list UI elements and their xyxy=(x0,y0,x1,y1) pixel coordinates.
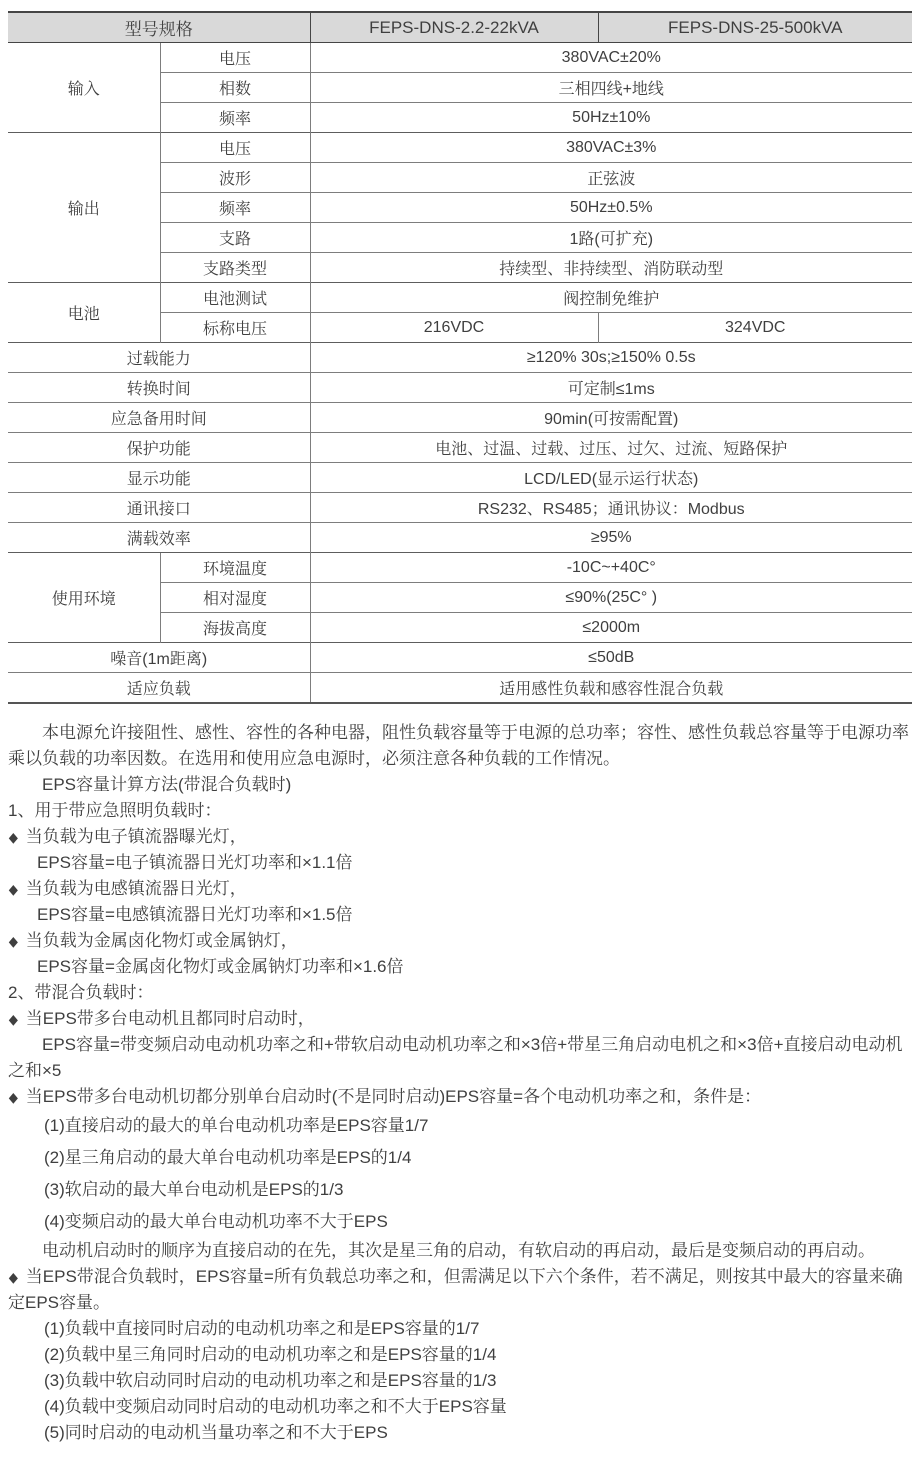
param-label: 环境温度 xyxy=(160,553,310,583)
table-header-row: 型号规格 FEPS-DNS-2.2-22kVA FEPS-DNS-25-500k… xyxy=(8,12,912,43)
table-row: 过载能力 ≥120% 30s;≥150% 0.5s xyxy=(8,343,912,373)
condition-item: (2)负载中星三角同时启动的电动机功率之和是EPS容量的1/4 xyxy=(8,1342,912,1368)
spec-value: 电池、过温、过载、过压、过欠、过流、短路保护 xyxy=(310,433,912,463)
bullet-formula: EPS容量=电子镇流器日光灯功率和×1.1倍 xyxy=(8,850,912,876)
param-label: 电压 xyxy=(160,43,310,73)
group-label-battery: 电池 xyxy=(8,283,160,343)
row-label: 适应负载 xyxy=(8,673,310,704)
spec-value: 50Hz±10% xyxy=(310,103,912,133)
spec-table: 型号规格 FEPS-DNS-2.2-22kVA FEPS-DNS-25-500k… xyxy=(8,11,912,704)
row-label: 噪音(1m距离) xyxy=(8,643,310,673)
spec-value: ≥95% xyxy=(310,523,912,553)
bullet-item: ◆当EPS带混合负载时，EPS容量=所有负载总功率之和，但需满足以下六个条件，若… xyxy=(8,1264,912,1316)
row-label: 通讯接口 xyxy=(8,493,310,523)
group-label-environment: 使用环境 xyxy=(8,553,160,643)
table-row: 转换时间 可定制≤1ms xyxy=(8,373,912,403)
diamond-bullet-icon: ◆ xyxy=(9,876,18,902)
spec-value: 1路(可扩充) xyxy=(310,223,912,253)
condition-item: (4)变频启动的最大单台电动机功率不大于EPS xyxy=(8,1206,912,1238)
param-label: 电压 xyxy=(160,133,310,163)
condition-item: (4)负载中变频启动同时启动的电动机功率之和不大于EPS容量 xyxy=(8,1394,912,1420)
bullet-text: 当负载为电子镇流器曝光灯， xyxy=(26,827,247,846)
spec-value: ≥120% 30s;≥150% 0.5s xyxy=(310,343,912,373)
row-label: 保护功能 xyxy=(8,433,310,463)
param-label: 标称电压 xyxy=(160,313,310,343)
spec-value: 适用感性负载和感容性混合负载 xyxy=(310,673,912,704)
spec-value: 阀控制免维护 xyxy=(310,283,912,313)
capacity-notes-section: 本电源允许接阻性、感性、容性的各种电器，阻性负载容量等于电源的总功率；容性、感性… xyxy=(8,704,912,1446)
param-label: 支路 xyxy=(160,223,310,253)
spec-value: 380VAC±3% xyxy=(310,133,912,163)
row-label: 显示功能 xyxy=(8,463,310,493)
condition-item: (1)直接启动的最大的单台电动机功率是EPS容量1/7 xyxy=(8,1110,912,1142)
section1-title: 1、用于带应急照明负载时： xyxy=(8,798,912,824)
header-model-b: FEPS-DNS-25-500kVA xyxy=(598,12,912,43)
bullet-formula: EPS容量=电感镇流器日光灯功率和×1.5倍 xyxy=(8,902,912,928)
spec-value: 可定制≤1ms xyxy=(310,373,912,403)
bullet-text: 当EPS带多台电动机且都同时启动时， xyxy=(26,1009,315,1028)
diamond-bullet-icon: ◆ xyxy=(9,928,18,954)
header-model-a: FEPS-DNS-2.2-22kVA xyxy=(310,12,598,43)
diamond-bullet-icon: ◆ xyxy=(9,824,18,850)
param-label: 波形 xyxy=(160,163,310,193)
spec-value: ≤90%(25C° ) xyxy=(310,583,912,613)
diamond-bullet-icon: ◆ xyxy=(9,1006,18,1032)
group-label-output: 输出 xyxy=(8,133,160,283)
bullet-text: 当负载为电感镇流器日光灯， xyxy=(26,879,247,898)
table-row: 适应负载 适用感性负载和感容性混合负载 xyxy=(8,673,912,704)
table-row: 使用环境 环境温度 -10C~+40C° xyxy=(8,553,912,583)
param-label: 海拔高度 xyxy=(160,613,310,643)
spec-value: 380VAC±20% xyxy=(310,43,912,73)
row-label: 满载效率 xyxy=(8,523,310,553)
param-label: 频率 xyxy=(160,193,310,223)
bullet-item: ◆当负载为金属卤化物灯或金属钠灯， xyxy=(8,928,912,954)
condition-item: (3)负载中软启动同时启动的电动机功率之和是EPS容量的1/3 xyxy=(8,1368,912,1394)
bullet-formula-long: EPS容量=带变频启动电动机功率之和+带软启动电动机功率之和×3倍+带星三角启动… xyxy=(8,1032,912,1084)
table-row: 保护功能 电池、过温、过载、过压、过欠、过流、短路保护 xyxy=(8,433,912,463)
spec-value-model-a: 216VDC xyxy=(310,313,598,343)
spec-value: ≤2000m xyxy=(310,613,912,643)
bullet-text: 当EPS带多台电动机切都分别单台启动时(不是同时启动)EPS容量=各个电动机功率… xyxy=(26,1087,761,1106)
param-label: 相数 xyxy=(160,73,310,103)
table-row: 应急备用时间 90min(可按需配置) xyxy=(8,403,912,433)
spec-value: 三相四线+地线 xyxy=(310,73,912,103)
spec-document-page: 型号规格 FEPS-DNS-2.2-22kVA FEPS-DNS-25-500k… xyxy=(0,0,920,1446)
param-label: 支路类型 xyxy=(160,253,310,283)
diamond-bullet-icon: ◆ xyxy=(9,1084,18,1110)
condition-item: (1)负载中直接同时启动的电动机功率之和是EPS容量的1/7 xyxy=(8,1316,912,1342)
condition-item: (5)同时启动的电动机当量功率之和不大于EPS xyxy=(8,1420,912,1446)
condition-item: (2)星三角启动的最大单台电动机功率是EPS的1/4 xyxy=(8,1142,912,1174)
bullet-item: ◆当EPS带多台电动机切都分别单台启动时(不是同时启动)EPS容量=各个电动机功… xyxy=(8,1084,912,1110)
spec-value: RS232、RS485；通讯协议：Modbus xyxy=(310,493,912,523)
spec-value: 50Hz±0.5% xyxy=(310,193,912,223)
header-model-label: 型号规格 xyxy=(8,12,310,43)
table-row: 电池 电池测试 阀控制免维护 xyxy=(8,283,912,313)
spec-value: ≤50dB xyxy=(310,643,912,673)
table-row: 通讯接口 RS232、RS485；通讯协议：Modbus xyxy=(8,493,912,523)
spec-value: 正弦波 xyxy=(310,163,912,193)
section2-title: 2、带混合负载时： xyxy=(8,980,912,1006)
row-label: 过载能力 xyxy=(8,343,310,373)
intro-paragraph: 本电源允许接阻性、感性、容性的各种电器，阻性负载容量等于电源的总功率；容性、感性… xyxy=(8,720,912,772)
row-label: 转换时间 xyxy=(8,373,310,403)
table-row: 显示功能 LCD/LED(显示运行状态) xyxy=(8,463,912,493)
table-row: 噪音(1m距离) ≤50dB xyxy=(8,643,912,673)
spec-value: 90min(可按需配置) xyxy=(310,403,912,433)
spec-value-model-b: 324VDC xyxy=(598,313,912,343)
row-label: 应急备用时间 xyxy=(8,403,310,433)
param-label: 相对湿度 xyxy=(160,583,310,613)
table-row: 输出 电压 380VAC±3% xyxy=(8,133,912,163)
method-title: EPS容量计算方法(带混合负载时) xyxy=(8,772,912,798)
condition-item: (3)软启动的最大单台电动机是EPS的1/3 xyxy=(8,1174,912,1206)
spec-value: 持续型、非持续型、消防联动型 xyxy=(310,253,912,283)
bullet-item: ◆当EPS带多台电动机且都同时启动时， xyxy=(8,1006,912,1032)
table-row: 输入 电压 380VAC±20% xyxy=(8,43,912,73)
bullet-item: ◆当负载为电子镇流器曝光灯， xyxy=(8,824,912,850)
table-row: 满载效率 ≥95% xyxy=(8,523,912,553)
diamond-bullet-icon: ◆ xyxy=(9,1264,18,1290)
spec-value: LCD/LED(显示运行状态) xyxy=(310,463,912,493)
bullet-text: 当EPS带混合负载时，EPS容量=所有负载总功率之和，但需满足以下六个条件，若不… xyxy=(8,1267,903,1312)
order-note-paragraph: 电动机启动时的顺序为直接启动的在先，其次是星三角的启动，有软启动的再启动，最后是… xyxy=(8,1238,912,1264)
bullet-item: ◆当负载为电感镇流器日光灯， xyxy=(8,876,912,902)
param-label: 电池测试 xyxy=(160,283,310,313)
spec-value: -10C~+40C° xyxy=(310,553,912,583)
bullet-text: 当负载为金属卤化物灯或金属钠灯， xyxy=(26,931,298,950)
bullet-formula: EPS容量=金属卤化物灯或金属钠灯功率和×1.6倍 xyxy=(8,954,912,980)
group-label-input: 输入 xyxy=(8,43,160,133)
param-label: 频率 xyxy=(160,103,310,133)
